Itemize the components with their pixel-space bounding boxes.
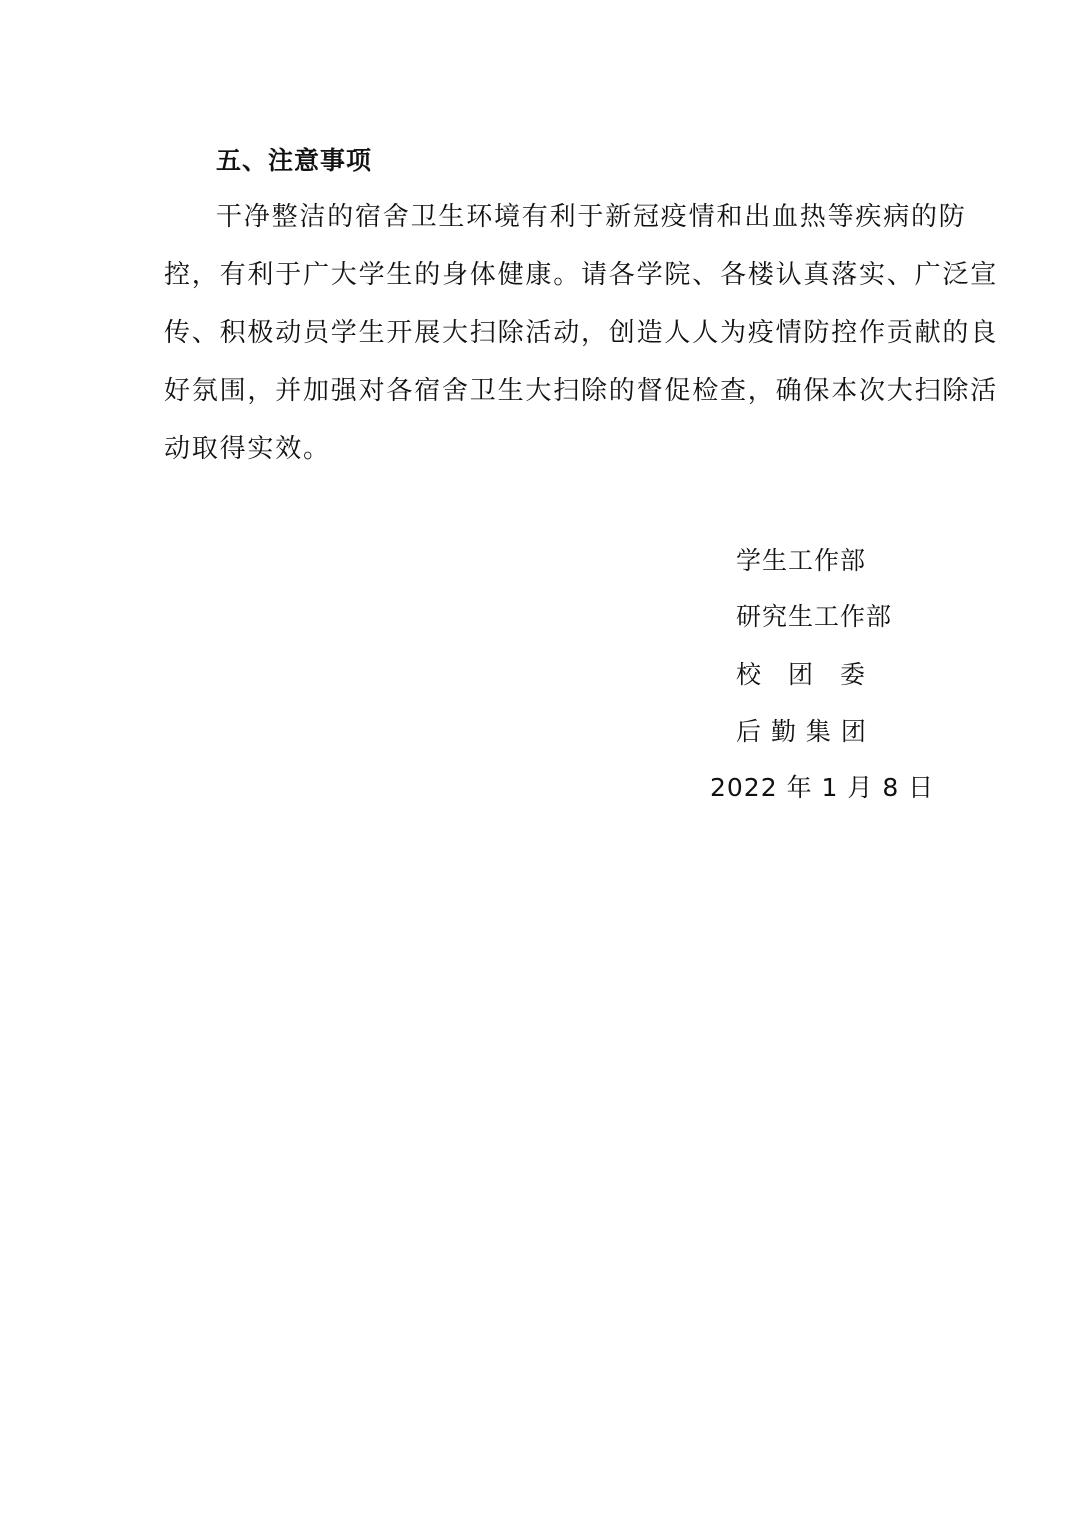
signature-org-youth-league: 校 团 委 [736, 655, 866, 691]
paragraph-line: 控，有利于广大学生的身体健康。请各学院、各楼认真落实、广泛宣 [164, 254, 998, 291]
signature-org-logistics: 后 勤 集 团 [736, 712, 867, 748]
document-page: 五、注意事项 干净整洁的宿舍卫生环境有利于新冠疫情和出血热等疾病的防 控，有利于… [0, 0, 1080, 1527]
section-heading: 五、注意事项 [216, 141, 372, 177]
signature-org-student-affairs: 学生工作部 [736, 541, 866, 577]
paragraph-line: 好氛围，并加强对各宿舍卫生大扫除的督促检查，确保本次大扫除活 [164, 370, 998, 407]
signature-org-graduate-affairs: 研究生工作部 [736, 597, 892, 633]
paragraph-line: 动取得实效。 [164, 428, 331, 465]
paragraph-line: 干净整洁的宿舍卫生环境有利于新冠疫情和出血热等疾病的防 [216, 196, 967, 233]
signature-date: 2022 年 1 月 8 日 [710, 768, 934, 804]
paragraph-line: 传、积极动员学生开展大扫除活动，创造人人为疫情防控作贡献的良 [164, 312, 998, 349]
